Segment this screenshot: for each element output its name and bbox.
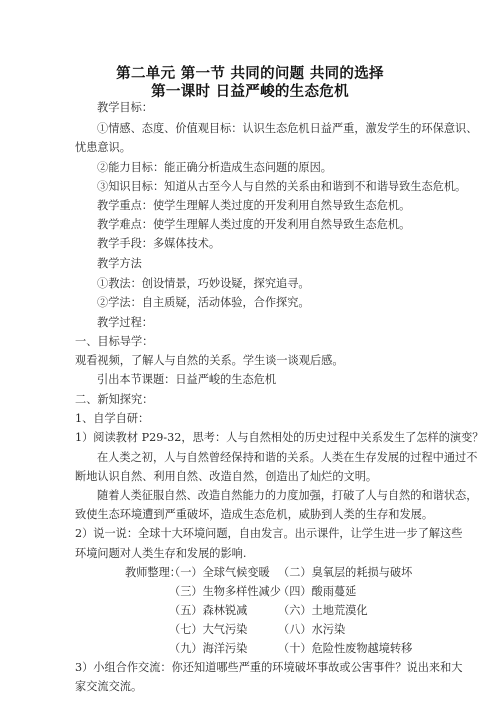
- document-page: 第二单元 第一节 共同的问题 共同的选择 第一课时 日益严峻的生态危机 教学目标…: [0, 0, 500, 707]
- summary-item-7: （七）大气污染: [169, 623, 247, 637]
- summary-item-9: （九）海洋污染: [169, 642, 247, 656]
- question-3-cont: 家交流交流。: [75, 680, 142, 694]
- summary-item-3: （三）生物多样性减少: [169, 585, 281, 599]
- summary-item-2: （二）臭氧层的耗损与破坏: [278, 566, 412, 580]
- answer-1-line3: 随着人类征服自然、改造自然能力的力度加强，打破了人与自然的和谐状态，: [97, 489, 477, 503]
- goal-emotion-cont: 忧患意识。: [75, 141, 131, 155]
- goal-emotion: ①情感、态度、价值观目标：认识生态危机日益严重，激发学生的环保意识、: [97, 122, 477, 136]
- watch-video-line: 观看视频，了解人与自然的关系。学生谈一谈观后感。: [75, 354, 344, 368]
- teaching-key-point: 教学重点：使学生理解人类过度的开发利用自然导致生态危机。: [97, 199, 410, 213]
- teaching-process-heading: 教学过程：: [97, 316, 153, 330]
- lesson-title: 第一课时 日益严峻的生态危机: [0, 80, 500, 101]
- goal-knowledge: ③知识目标：知道从古至今人与自然的关系由和谐到不和谐导致生态危机。: [97, 180, 466, 194]
- topic-intro-line: 引出本节课题：日益严峻的生态危机: [97, 373, 276, 387]
- question-2-cont: 环境问题对人类生存和发展的影响.: [75, 547, 246, 561]
- answer-1-line1: 在人类之初，人与自然曾经保持和谐的关系。人类在生存发展的过程中通过不: [97, 451, 477, 465]
- teaching-goals-heading: 教学目标：: [97, 101, 153, 115]
- question-2: 2）说一说：全球十大环境问题，自由发言。出示课件，让学生进一步了解这些: [75, 527, 463, 541]
- summary-item-8: （八）水污染: [278, 623, 345, 637]
- summary-item-6: （六）土地荒漠化: [278, 604, 368, 618]
- summary-item-1: （一）全球气候变暖: [169, 566, 270, 580]
- section-two-heading: 二、新知探究：: [75, 393, 153, 407]
- section-one-heading: 一、目标导学：: [75, 335, 153, 349]
- teaching-difficulty: 教学难点：使学生理解人类过度的开发利用自然导致生态危机。: [97, 218, 410, 232]
- teaching-method: ①教法：创设情景，巧妙设疑，探究追寻。: [97, 277, 310, 291]
- goal-ability: ②能力目标：能正确分析造成生态问题的原因。: [97, 161, 332, 175]
- question-1: 1）阅读教材 P29-32，思考：人与自然相处的历史过程中关系发生了怎样的演变？: [75, 431, 483, 445]
- teaching-method-heading: 教学方法: [97, 257, 142, 271]
- answer-1-line2: 断地认识自然、利用自然、改造自然，创造出了灿烂的文明。: [75, 470, 377, 484]
- learning-method: ②学法：自主质疑，活动体验，合作探究。: [97, 296, 310, 310]
- summary-item-4: （四）酸雨蔓延: [278, 585, 356, 599]
- question-3: 3）小组合作交流：你还知道哪些严重的环境破坏事故或公害事件？说出来和大: [75, 661, 463, 675]
- teaching-means: 教学手段：多媒体技术。: [97, 237, 220, 251]
- self-study-heading: 1、自学自研：: [75, 412, 149, 426]
- answer-1-line4: 致使生态环境遭到严重破坏，造成生态危机，威胁到人类的生存和发展。: [75, 508, 433, 522]
- summary-item-5: （五）森林锐减: [169, 604, 247, 618]
- summary-item-10: （十）危险性废物越境转移: [278, 642, 412, 656]
